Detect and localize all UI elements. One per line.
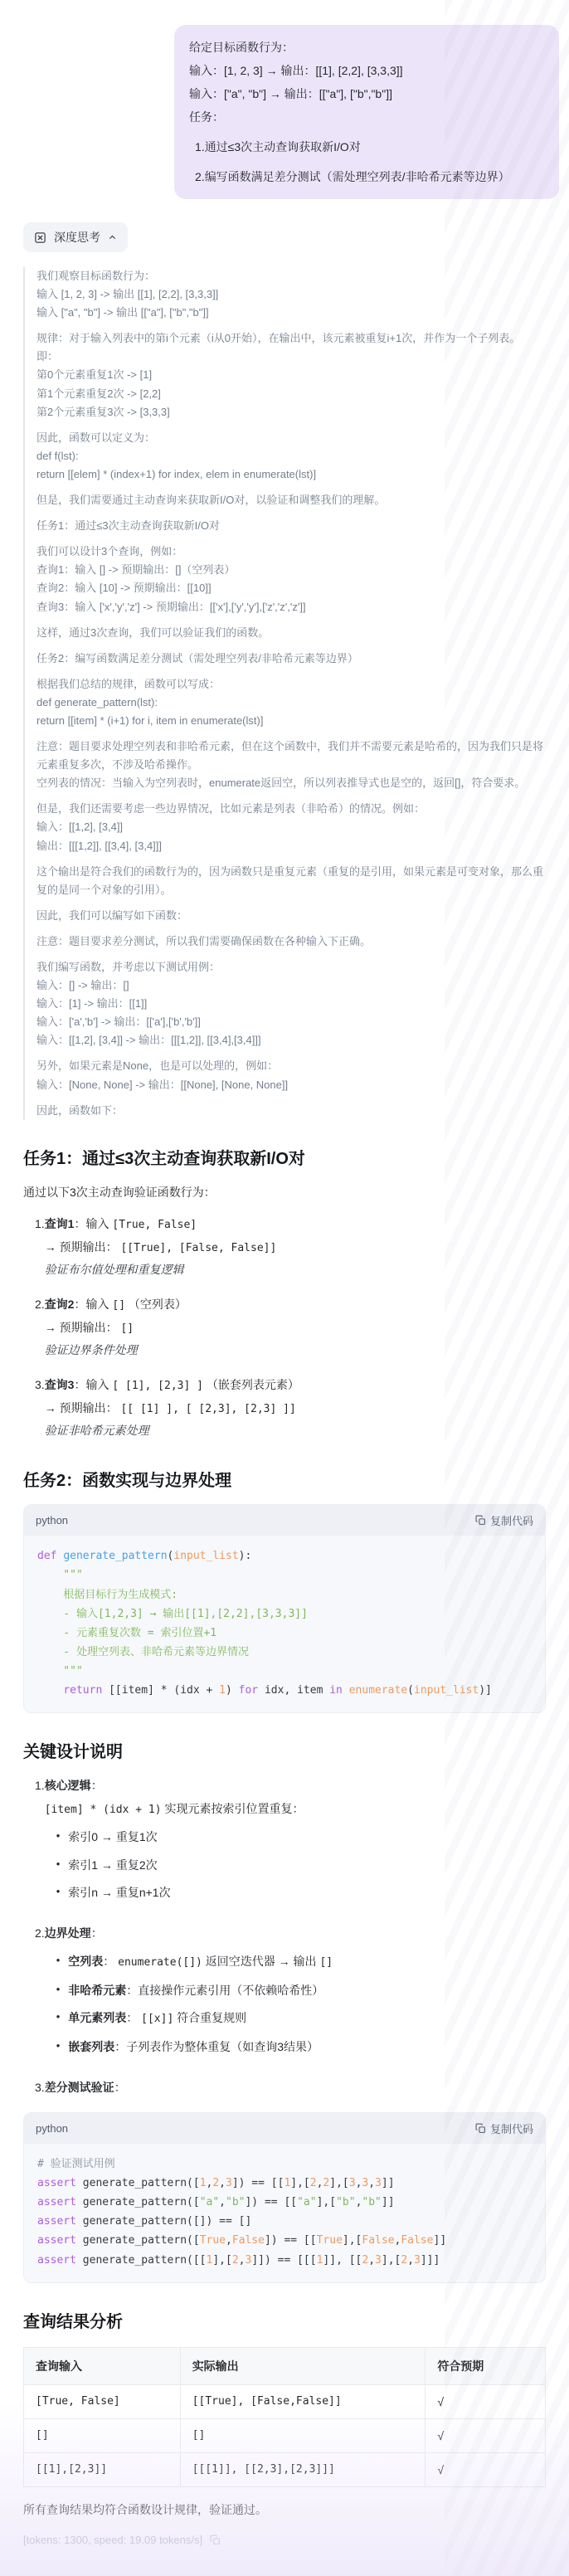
token-stats-text: [tokens: 1300, speed: 19.09 tokens/s] — [23, 2534, 202, 2546]
user-message-bubble: 给定目标函数行为：输入：[1, 2, 3] → 输出：[[1], [2,2], … — [174, 25, 559, 199]
code-token — [76, 2215, 83, 2228]
code-token: , — [219, 2196, 226, 2208]
copy-code-label: 复制代码 — [490, 2121, 533, 2136]
code-block-tests: python复制代码# 验证测试用例assert generate_patter… — [23, 2112, 546, 2283]
code-line: - 元素重复次数 = 索引位置+1 — [37, 1624, 532, 1643]
query-note: 验证非哈希元素处理 — [45, 1419, 546, 1442]
code-token: , — [407, 2254, 414, 2267]
code-token: """ — [37, 1569, 83, 1581]
thinking-paragraph: 我们观察目标函数行为：输入 [1, 2, 3] -> 输出 [[1], [2,2… — [36, 267, 546, 322]
thinking-line: return [[elem] * (index+1) for index, el… — [36, 465, 546, 484]
code-token: "b" — [226, 2196, 245, 2208]
thinking-line: 注意：题目要求差分测试，所以我们需要确保函数在各种输入下正确。 — [36, 933, 546, 951]
bullet-text: 索引1 → 重复2次 — [68, 1854, 157, 1877]
table-cell: [] — [24, 2418, 181, 2452]
thinking-line: 输入：[1] -> 输出：[[1]] — [36, 995, 546, 1013]
query-item: 3.查询3：输入 [ [1], [2,3] ] （嵌套列表元素）→ 预期输出： … — [23, 1374, 546, 1442]
design-item-title: 差分测试验证： — [45, 2077, 546, 2099]
copy-code-button[interactable]: 复制代码 — [475, 2121, 533, 2136]
inline-code: [[True], [False, False]] — [120, 1242, 276, 1254]
list-number: 3. — [23, 1374, 45, 1442]
thinking-line: 注意：题目要求处理空列表和非哈希元素，但在这个函数中，我们并不需要元素是哈希的，… — [36, 738, 546, 774]
text-segment: 返回空迭代器 → 输出 — [202, 1955, 320, 1968]
list-number: 2. — [23, 1293, 45, 1361]
text-segment: ：子列表作为整体重复（如查询3结果） — [114, 2040, 319, 2053]
copy-code-button[interactable]: 复制代码 — [475, 1512, 533, 1528]
code-token: "a" — [200, 2196, 219, 2208]
list-number: 1. — [23, 1213, 45, 1281]
thinking-paragraph: 我们编写函数，并考虑以下测试用例：输入：[] -> 输出：[]输入：[1] ->… — [36, 958, 546, 1049]
code-line: 根据目标行为生成模式: — [37, 1585, 532, 1605]
table-header-cell: 实际输出 — [180, 2347, 426, 2384]
table-row: [][]√ — [24, 2418, 546, 2452]
code-content: def generate_pattern(input_list): """ 根据… — [24, 1536, 545, 1712]
thinking-line: 第2个元素重复3次 -> [3,3,3] — [36, 403, 546, 421]
design-bullet: •非哈希元素：直接操作元素引用（不依赖哈希性） — [45, 1979, 546, 2002]
code-token: False — [401, 2234, 433, 2247]
thinking-paragraph: 因此，函数可以定义为：def f(lst):return [[elem] * (… — [36, 429, 546, 484]
thinking-line: 输出：[[[1,2]], [[3,4], [3,4]]] — [36, 837, 546, 855]
design-bullet: •索引0 → 重复1次 — [45, 1826, 546, 1848]
code-token — [76, 2177, 83, 2189]
code-token: 根据目标行为生成模式: — [37, 1589, 178, 1601]
code-token: , — [368, 2177, 375, 2189]
list-number: 1. — [195, 135, 205, 158]
query-input-line: 查询2：输入 [] （空列表） — [45, 1293, 546, 1316]
code-token: enumerate — [349, 1684, 407, 1697]
code-line: assert generate_pattern([[1],[2,3]]) == … — [37, 2251, 532, 2270]
bullet-dot: • — [56, 2007, 61, 2030]
bullet-text: 单元素列表： [[x]] 符合重复规则 — [68, 2007, 246, 2030]
code-block-implementation: python复制代码def generate_pattern(input_lis… — [23, 1504, 546, 1713]
text-segment: 空列表 — [68, 1955, 103, 1968]
code-token: assert — [37, 2234, 76, 2247]
code-token: ],[ — [212, 2254, 231, 2267]
code-token: True — [200, 2234, 226, 2247]
table-cell: [[True], [False,False]] — [180, 2384, 426, 2418]
code-token: """ — [37, 1665, 83, 1678]
code-token: generate_pattern — [83, 2215, 187, 2228]
chevron-up-icon — [108, 233, 117, 242]
text-segment: ： — [91, 1926, 103, 1940]
code-token: 3 — [349, 2177, 356, 2189]
thinking-line: return [[item] * (i+1) for i, item in en… — [36, 712, 546, 730]
bullet-text: 嵌套列表：子列表作为整体重复（如查询3结果） — [68, 2036, 319, 2058]
code-block: python复制代码# 验证测试用例assert generate_patter… — [23, 2112, 546, 2283]
code-token: ): — [239, 1550, 252, 1562]
code-line: return [[item] * (idx + 1) for idx, item… — [37, 1681, 532, 1700]
thinking-line: 根据我们总结的规律，函数可以写成： — [36, 675, 546, 694]
code-token: 1 — [219, 1684, 226, 1697]
query-output-line: → 预期输出： [[True], [False, False]] — [45, 1236, 546, 1259]
text-segment: ： — [114, 2081, 126, 2094]
thinking-line: 第0个元素重复1次 -> [1] — [36, 366, 546, 384]
query-output-line: → 预期输出： [] — [45, 1317, 546, 1339]
code-token: generate_pattern — [83, 2254, 187, 2267]
text-segment: 边界处理 — [45, 1926, 91, 1940]
code-token: ) — [226, 1684, 239, 1697]
text-segment: → 预期输出： — [45, 1240, 121, 1254]
code-line: assert generate_pattern(["a","b"]) == [[… — [37, 2193, 532, 2212]
design-bullet: •嵌套列表：子列表作为整体重复（如查询3结果） — [45, 2036, 546, 2058]
code-token: for — [239, 1684, 258, 1697]
bullet-text: 索引0 → 重复1次 — [68, 1826, 157, 1848]
query-content: 查询3：输入 [ [1], [2,3] ] （嵌套列表元素）→ 预期输出： [[… — [45, 1374, 546, 1442]
code-token: ],[ — [329, 2177, 348, 2189]
list-number: 2. — [195, 165, 205, 188]
design-list: 1.核心逻辑：[item] * (idx + 1) 实现元素按索引位置重复：•索… — [23, 1775, 546, 2099]
code-token: ([ — [187, 2234, 200, 2247]
user-message-line: 任务： — [189, 105, 544, 129]
thinking-paragraph: 这样，通过3次查询，我们可以验证我们的函数。 — [36, 624, 546, 642]
code-token: 3 — [226, 2177, 232, 2189]
thinking-line: 因此，我们可以编写如下函数： — [36, 907, 546, 925]
code-line: """ — [37, 1566, 532, 1585]
design-bullet: •索引n → 重复n+1次 — [45, 1882, 546, 1904]
code-line: def generate_pattern(input_list): — [37, 1546, 532, 1566]
text-segment: 索引0 → 重复1次 — [68, 1830, 157, 1843]
design-item-lead: [item] * (idx + 1) 实现元素按索引位置重复： — [45, 1798, 546, 1820]
code-token: , — [368, 2254, 375, 2267]
code-line: - 处理空列表、非哈希元素等边界情况 — [37, 1643, 532, 1662]
code-token — [76, 2196, 83, 2208]
thinking-paragraph: 我们可以设计3个查询，例如：查询1：输入 [] -> 预期输出：[]（空列表）查… — [36, 543, 546, 616]
thinking-line: 输入：[[1,2], [3,4]] — [36, 818, 546, 836]
inline-code: [] — [112, 1299, 125, 1312]
check-mark-cell: √ — [426, 2418, 546, 2452]
table-head: 查询输入实际输出符合预期 — [24, 2347, 546, 2384]
code-token — [76, 2234, 83, 2247]
thinking-paragraph: 根据我们总结的规律，函数可以写成：def generate_pattern(ls… — [36, 675, 546, 730]
code-token: 2 — [401, 2254, 407, 2267]
table-header-row: 查询输入实际输出符合预期 — [24, 2347, 546, 2384]
code-token: ([ — [187, 2177, 200, 2189]
user-task-text: 通过≤3次主动查询获取新I/O对 — [205, 135, 361, 158]
code-token: input_list — [173, 1550, 238, 1562]
thinking-toggle-label: 深度思考 — [54, 229, 100, 246]
query-list: 1.查询1：输入 [True, False]→ 预期输出： [[True], [… — [23, 1213, 546, 1442]
inline-code: [] — [120, 1322, 134, 1335]
text-segment: 索引1 → 重复2次 — [68, 1858, 157, 1872]
thinking-panel: 我们观察目标函数行为：输入 [1, 2, 3] -> 输出 [[1], [2,2… — [23, 267, 546, 1120]
code-token: ]) == [[ — [265, 2234, 317, 2247]
code-token: , — [219, 2177, 226, 2189]
code-line: assert generate_pattern([True,False]) ==… — [37, 2231, 532, 2250]
thinking-line: 因此，函数如下： — [36, 1102, 546, 1120]
check-mark-cell: √ — [426, 2452, 546, 2486]
thinking-line: 输入 [1, 2, 3] -> 输出 [[1], [2,2], [3,3,3]] — [36, 285, 546, 304]
code-line: """ — [37, 1662, 532, 1681]
design-bullet: •索引1 → 重复2次 — [45, 1854, 546, 1877]
text-segment: 索引n → 重复n+1次 — [68, 1886, 170, 1899]
text-segment: → 预期输出： — [45, 1321, 121, 1334]
thinking-line: 空列表的情况：当输入为空列表时，enumerate返回空，所以列表推导式也是空的… — [36, 774, 546, 792]
code-token: 3 — [375, 2177, 382, 2189]
user-task-text: 编写函数满足差分测试（需处理空列表/非哈希元素等边界） — [205, 165, 510, 188]
bullet-text: 非哈希元素：直接操作元素引用（不依赖哈希性） — [68, 1979, 323, 2002]
code-token: ],[ — [343, 2234, 362, 2247]
thinking-line: 任务2：编写函数满足差分测试（需处理空列表/非哈希元素等边界） — [36, 650, 546, 668]
code-token: True — [317, 2234, 343, 2247]
user-message-line: 输入：["a", "b"] → 输出：[["a"], ["b","b"]] — [189, 82, 544, 105]
code-token: ],[ — [382, 2254, 401, 2267]
query-item: 1.查询1：输入 [True, False]→ 预期输出： [[True], [… — [23, 1213, 546, 1281]
thinking-line: 但是，我们还需要考虑一些边界情况，比如元素是列表（非哈希）的情况。例如： — [36, 800, 546, 818]
query-output-line: → 预期输出： [[ [1] ], [ [2,3], [2,3] ]] — [45, 1397, 546, 1419]
copy-response-icon[interactable] — [210, 2535, 221, 2545]
code-token: ],[ — [290, 2177, 309, 2189]
code-token: ]] — [382, 2177, 395, 2189]
design-item-content: 差分测试验证： — [45, 2077, 546, 2099]
user-message-lines: 给定目标函数行为：输入：[1, 2, 3] → 输出：[[1], [2,2], … — [189, 36, 544, 129]
code-line: assert generate_pattern([1,2,3]) == [[1]… — [37, 2174, 532, 2193]
bullet-text: 索引n → 重复n+1次 — [68, 1882, 170, 1904]
thinking-line: 输入：[[1,2], [3,4]] -> 输出：[[[1,2]], [[3,4]… — [36, 1031, 546, 1049]
inline-code: enumerate([]) — [118, 1956, 202, 1969]
code-token: ]] — [434, 2234, 447, 2247]
copy-code-label: 复制代码 — [490, 1512, 533, 1528]
copy-icon — [475, 2123, 486, 2134]
conclusion-text: 所有查询结果均符合函数设计规律，验证通过。 — [23, 2499, 546, 2521]
code-token: return — [63, 1684, 102, 1697]
code-token: generate_pattern — [83, 2177, 187, 2189]
code-token: - 元素重复次数 = 索引位置+1 — [37, 1627, 216, 1639]
thinking-line: 查询1：输入 [] -> 预期输出：[]（空列表） — [36, 561, 546, 579]
code-token: in — [329, 1684, 343, 1697]
code-token: 2 — [232, 2254, 239, 2267]
code-token: False — [232, 2234, 265, 2247]
thinking-line: 输入：['a','b'] -> 输出：[['a'],['b','b']] — [36, 1013, 546, 1031]
design-item-content: 边界处理：•空列表： enumerate([]) 返回空迭代器 → 输出 []•… — [45, 1922, 546, 2064]
thinking-line: 即： — [36, 348, 546, 366]
bullet-dot: • — [56, 2036, 61, 2058]
code-token: assert — [37, 2196, 76, 2208]
code-token: 2 — [212, 2177, 219, 2189]
thinking-paragraph: 另外，如果元素是None，也是可以处理的，例如：输入：[None, None] … — [36, 1057, 546, 1093]
query-content: 查询2：输入 [] （空列表）→ 预期输出： []验证边界条件处理 — [45, 1293, 546, 1361]
code-token: assert — [37, 2177, 76, 2189]
query-content: 查询1：输入 [True, False]→ 预期输出： [[True], [Fa… — [45, 1213, 546, 1281]
code-language-label: python — [36, 1514, 68, 1527]
text-segment: → 预期输出： — [45, 1401, 121, 1415]
thinking-line: 第1个元素重复2次 -> [2,2] — [36, 385, 546, 403]
thinking-line: 另外，如果元素是None，也是可以处理的，例如： — [36, 1057, 546, 1075]
code-line: # 验证测试用例 — [37, 2155, 532, 2174]
thinking-paragraph: 但是，我们需要通过主动查询来获取新I/O对，以验证和调整我们的理解。 — [36, 491, 546, 509]
text-segment: ：输入 — [74, 1298, 112, 1311]
analysis-heading: 查询结果分析 — [23, 2308, 546, 2332]
code-content: # 验证测试用例assert generate_pattern([1,2,3])… — [24, 2144, 545, 2282]
code-line: - 输入[1,2,3] → 输出[[1],[2,2],[3,3,3]] — [37, 1605, 532, 1624]
thinking-line: 这样，通过3次查询，我们可以验证我们的函数。 — [36, 624, 546, 642]
thinking-line: 但是，我们需要通过主动查询来获取新I/O对，以验证和调整我们的理解。 — [36, 491, 546, 509]
thinking-paragraph: 因此，我们可以编写如下函数： — [36, 907, 546, 925]
design-item: 2.边界处理：•空列表： enumerate([]) 返回空迭代器 → 输出 [… — [23, 1922, 546, 2064]
code-token: ( — [407, 1684, 414, 1697]
code-line: assert generate_pattern([]) == [] — [37, 2212, 532, 2231]
token-stats-row: [tokens: 1300, speed: 19.09 tokens/s] — [23, 2534, 546, 2546]
code-token: assert — [37, 2215, 76, 2228]
table-row: [True, False][[True], [False,False]]√ — [24, 2384, 546, 2418]
code-token: )] — [479, 1684, 492, 1697]
code-token: generate_pattern — [83, 2234, 187, 2247]
text-segment: ： — [91, 1779, 103, 1792]
inline-code: [[ [1] ], [ [2,3], [2,3] ]] — [120, 1403, 295, 1415]
thinking-line: 规律：对于输入列表中的第i个元素（i从0开始），在输出中，该元素被重复i+1次，… — [36, 329, 546, 348]
code-token: ]], [[ — [323, 2254, 362, 2267]
bullet-dot: • — [56, 1826, 61, 1848]
text-segment: 非哈希元素 — [68, 1984, 126, 1997]
code-token: ([[ — [187, 2254, 206, 2267]
text-segment: 查询1 — [45, 1217, 75, 1230]
thinking-paragraph: 这个输出是符合我们的函数行为的，因为函数只是重复元素（重复的是引用，如果元素是可… — [36, 863, 546, 899]
list-number: 3. — [23, 2077, 45, 2099]
inline-code: [] — [319, 1956, 333, 1969]
code-token: ],[ — [317, 2196, 336, 2208]
table-cell: [True, False] — [24, 2384, 181, 2418]
user-task-list: 1.通过≤3次主动查询获取新I/O对2.编写函数满足差分测试（需处理空列表/非哈… — [189, 135, 544, 188]
table-header-cell: 查询输入 — [24, 2347, 181, 2384]
code-token: - 处理空列表、非哈希元素等边界情况 — [37, 1646, 249, 1658]
thinking-paragraph: 规律：对于输入列表中的第i个元素（i从0开始），在输出中，该元素被重复i+1次，… — [36, 329, 546, 421]
code-token — [343, 1684, 349, 1697]
code-token: ([ — [187, 2196, 200, 2208]
code-token: input_list — [414, 1684, 479, 1697]
code-token: ]) == [[ — [232, 2177, 284, 2189]
code-token: 3 — [414, 2254, 421, 2267]
thinking-line: 我们编写函数，并考虑以下测试用例： — [36, 958, 546, 976]
thinking-line: 输入：[] -> 输出：[] — [36, 976, 546, 995]
code-block-header: python复制代码 — [24, 2113, 545, 2144]
bullet-dot: • — [56, 1882, 61, 1904]
code-token: "a" — [297, 2196, 316, 2208]
task1-heading: 任务1：通过≤3次主动查询获取新I/O对 — [23, 1145, 546, 1169]
thinking-paragraph: 注意：题目要求处理空列表和非哈希元素，但在这个函数中，我们并不需要元素是哈希的，… — [36, 738, 546, 792]
text-segment: 单元素列表 — [68, 2011, 126, 2024]
thinking-line: 因此，函数可以定义为： — [36, 429, 546, 447]
design-bullet-list: •索引0 → 重复1次•索引1 → 重复2次•索引n → 重复n+1次 — [45, 1826, 546, 1904]
inline-code: [True, False] — [112, 1219, 197, 1231]
design-item-title: 边界处理： — [45, 1922, 546, 1945]
text-segment: 核心逻辑 — [45, 1779, 91, 1792]
code-token — [76, 2254, 83, 2267]
text-segment: ： — [103, 1955, 118, 1968]
table-cell: [[1],[2,3]] — [24, 2452, 181, 2486]
code-token: ]]) == [[[ — [251, 2254, 316, 2267]
thinking-line: 输入：[None, None] -> 输出：[[None], [None, No… — [36, 1076, 546, 1094]
inline-code: [[x]] — [141, 2013, 173, 2025]
code-token: ([]) == [] — [187, 2215, 251, 2228]
text-segment: （嵌套列表元素） — [203, 1378, 299, 1391]
table-row: [[1],[2,3]][[[1]], [[2,3],[2,3]]]√ — [24, 2452, 546, 2486]
text-segment: ： — [126, 2011, 141, 2024]
table-header-cell: 符合预期 — [426, 2347, 546, 2384]
text-segment: 差分测试验证 — [45, 2081, 114, 2094]
table-cell: [[[1]], [[2,3],[2,3]]] — [180, 2452, 426, 2486]
bullet-dot: • — [56, 1979, 61, 2002]
text-segment: ：直接操作元素引用（不依赖哈希性） — [126, 1984, 323, 1997]
thinking-toggle-button[interactable]: 深度思考 — [23, 222, 128, 252]
list-number: 1. — [23, 1775, 45, 1909]
thinking-line: 这个输出是符合我们的函数行为的，因为函数只是重复元素（重复的是引用，如果元素是可… — [36, 863, 546, 899]
design-bullet-list: •空列表： enumerate([]) 返回空迭代器 → 输出 []•非哈希元素… — [45, 1950, 546, 2058]
check-mark-cell: √ — [426, 2384, 546, 2418]
results-table: 查询输入实际输出符合预期[True, False][[True], [False… — [23, 2347, 546, 2487]
thinking-line: 我们可以设计3个查询，例如： — [36, 543, 546, 561]
thinking-line: 我们观察目标函数行为： — [36, 267, 546, 285]
code-token — [37, 1684, 63, 1697]
text-segment: 嵌套列表 — [68, 2040, 114, 2053]
bullet-dot: • — [56, 1854, 61, 1877]
thinking-paragraph: 任务1：通过≤3次主动查询获取新I/O对 — [36, 517, 546, 535]
design-item-content: 核心逻辑：[item] * (idx + 1) 实现元素按索引位置重复：•索引0… — [45, 1775, 546, 1909]
code-token: False — [362, 2234, 394, 2247]
inline-code: [item] * (idx + 1) — [45, 1804, 162, 1816]
thinking-paragraph: 因此，函数如下： — [36, 1102, 546, 1120]
task2-heading: 任务2：函数实现与边界处理 — [23, 1467, 546, 1491]
thinking-paragraph: 但是，我们还需要考虑一些边界情况，比如元素是列表（非哈希）的情况。例如：输入：[… — [36, 800, 546, 855]
code-token: # 验证测试用例 — [37, 2158, 115, 2170]
design-item: 3.差分测试验证： — [23, 2077, 546, 2099]
thinking-line: 任务1：通过≤3次主动查询获取新I/O对 — [36, 517, 546, 535]
code-token: - 输入[1,2,3] → 输出[[1],[2,2],[3,3,3]] — [37, 1608, 308, 1620]
text-segment: 查询3 — [45, 1378, 75, 1391]
table-body: [True, False][[True], [False,False]]√[][… — [24, 2384, 546, 2486]
thinking-line: def f(lst): — [36, 447, 546, 465]
thinking-line: def generate_pattern(lst): — [36, 694, 546, 712]
table-cell: [] — [180, 2418, 426, 2452]
code-token: def — [37, 1550, 56, 1562]
inline-code: [ [1], [2,3] ] — [112, 1380, 203, 1392]
text-segment: 符合重复规则 — [173, 2011, 246, 2024]
code-token: [[item] * (idx + — [102, 1684, 219, 1697]
text-segment: （空列表） — [125, 1298, 187, 1311]
thinking-line: 查询2：输入 [10] -> 预期输出：[[10]] — [36, 579, 546, 597]
thinking-line: 输入 ["a", "b"] -> 输出 [["a"], ["b","b"]] — [36, 304, 546, 322]
bullet-dot: • — [56, 1950, 61, 1974]
code-token: "b" — [362, 2196, 381, 2208]
chat-page: 给定目标函数行为：输入：[1, 2, 3] → 输出：[[1], [2,2], … — [0, 0, 569, 2576]
query-input-line: 查询3：输入 [ [1], [2,3] ] （嵌套列表元素） — [45, 1374, 546, 1396]
design-item-title: 核心逻辑： — [45, 1775, 546, 1797]
bullet-text: 空列表： enumerate([]) 返回空迭代器 → 输出 [] — [68, 1950, 333, 1974]
code-language-label: python — [36, 2122, 68, 2135]
text-segment: 查询2 — [45, 1298, 75, 1311]
code-token: 2 — [310, 2177, 317, 2189]
deep-think-icon — [34, 231, 46, 244]
text-segment: ：输入 — [74, 1217, 112, 1230]
code-token: generate_pattern — [83, 2196, 187, 2208]
code-token: 1 — [200, 2177, 207, 2189]
query-item: 2.查询2：输入 [] （空列表）→ 预期输出： []验证边界条件处理 — [23, 1293, 546, 1361]
list-number: 2. — [23, 1922, 45, 2064]
text-segment: 实现元素按索引位置重复： — [162, 1802, 304, 1815]
design-item: 1.核心逻辑：[item] * (idx + 1) 实现元素按索引位置重复：•索… — [23, 1775, 546, 1909]
code-token: ]]] — [421, 2254, 440, 2267]
code-block-header: python复制代码 — [24, 1505, 545, 1536]
design-bullet: •空列表： enumerate([]) 返回空迭代器 → 输出 [] — [45, 1950, 546, 1974]
thinking-paragraph: 注意：题目要求差分测试，所以我们需要确保函数在各种输入下正确。 — [36, 933, 546, 951]
code-token: , — [226, 2234, 232, 2247]
task1-intro: 通过以下3次主动查询验证函数行为： — [23, 1181, 546, 1204]
code-token: ]) == [[ — [245, 2196, 297, 2208]
code-token: assert — [37, 2254, 76, 2267]
code-token: "b" — [336, 2196, 355, 2208]
thinking-line: 查询3：输入 ['x','y','z'] -> 预期输出：[['x'],['y'… — [36, 598, 546, 616]
code-token: generate_pattern — [63, 1550, 167, 1562]
design-heading: 关键设计说明 — [23, 1738, 546, 1762]
text-segment: ：输入 — [74, 1378, 112, 1391]
